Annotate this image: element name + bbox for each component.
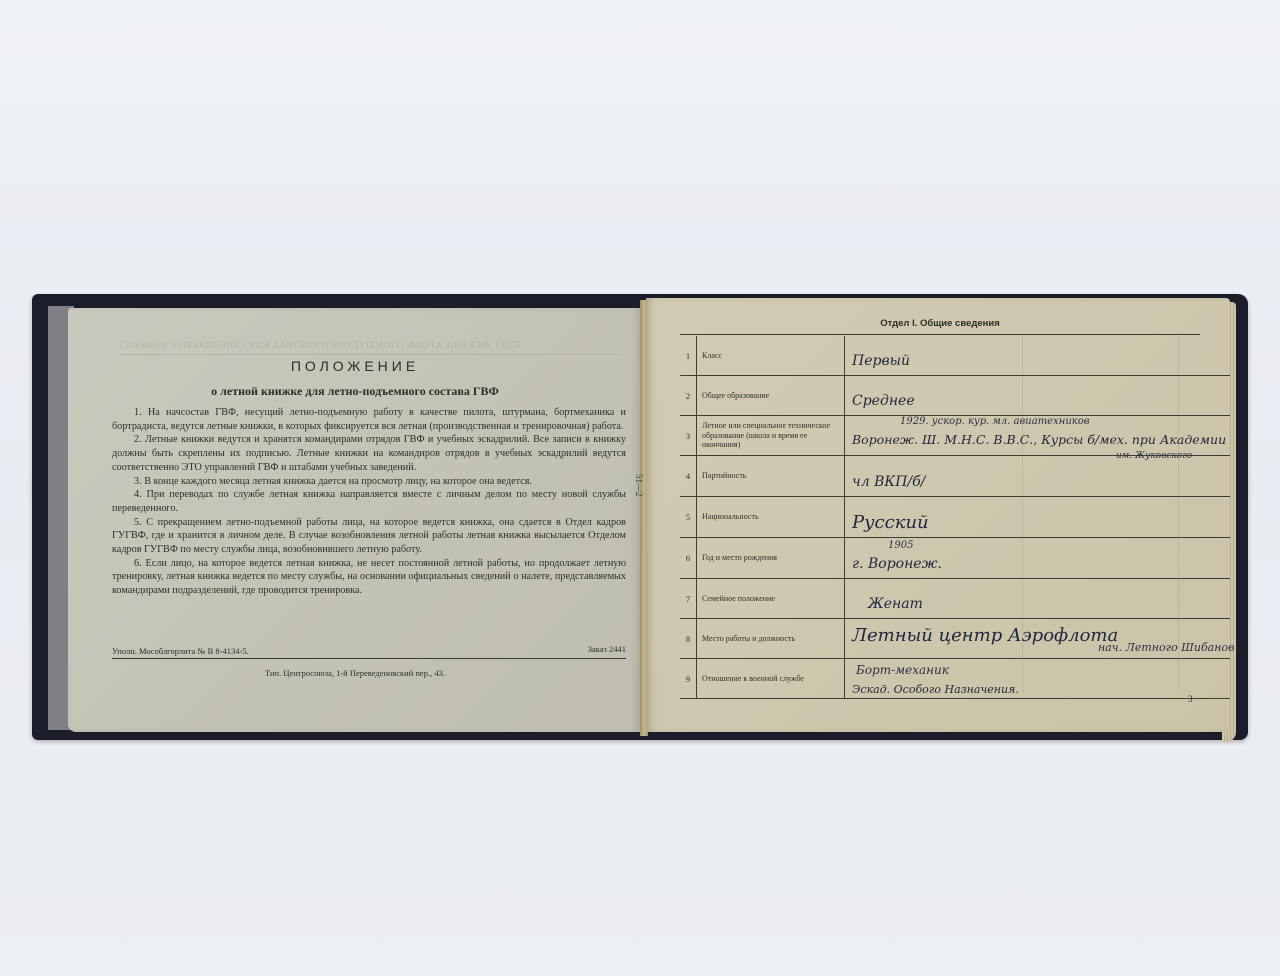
form-row-nationality: 5 Национальность Русский [680, 497, 1230, 538]
row-value: 1929. ускор. кур. мл. авиатехников Ворон… [848, 416, 1208, 455]
form-row-flight-education: 3 Летное или специальное техническое обр… [680, 416, 1230, 456]
regulation-title: ПОЛОЖЕНИЕ [68, 358, 642, 374]
section-title: Отдел I. Общие сведения [680, 318, 1200, 329]
row-label: Общее образование [702, 376, 845, 415]
form-row-class: 1 Класс Первый [680, 336, 1230, 376]
row-label: Партийность [702, 456, 845, 496]
regulation-paragraph-1: 1. На начсостав ГВФ, несущий летно-подъе… [112, 406, 626, 433]
handwritten-value: Летный центр Аэрофлота [852, 625, 1118, 646]
row-number: 9 [680, 659, 697, 698]
row-label: Национальность [702, 497, 845, 537]
row-label: Летное или специальное техническое образ… [702, 416, 845, 455]
row-number: 4 [680, 456, 697, 496]
row-number: 5 [680, 497, 697, 537]
row-label: Место работы и должность [702, 619, 845, 658]
regulation-paragraph-4: 4. При переводах по службе летная книжка… [112, 488, 626, 515]
form-row-marital-status: 7 Семейное положение Женат [680, 579, 1230, 619]
regulation-subtitle: о летной книжке для летно-подъемного сос… [68, 384, 642, 399]
handwritten-signature: нач. Летного Шибанов [1098, 641, 1235, 654]
form-row-general-education: 2 Общее образование Среднее [680, 376, 1230, 416]
handwritten-annotation: 1905 [888, 540, 913, 551]
row-value: чл ВКП/б/ [848, 456, 1208, 496]
row-value: Русский [848, 497, 1208, 537]
regulation-paragraph-2: 2. Летные книжки ведутся и хранятся кома… [112, 433, 626, 474]
imprint-line: Уполн. Мособлгорлита № В 8-4134-5. Заказ… [112, 644, 626, 659]
row-value: Первый [848, 336, 1208, 375]
censor-permit: Уполн. Мособлгорлита № В 8-4134-5. [112, 646, 249, 656]
form-top-rule [680, 334, 1200, 335]
handwritten-value: Русский [852, 512, 929, 533]
open-flight-logbook: ГЛАВНОЕ УПРАВЛЕНИЕ ГРАЖДАНСКОГО ВОЗДУШНО… [0, 0, 1280, 976]
row-label: Отношение к военной службе [702, 659, 845, 698]
general-info-form: 1 Класс Первый 2 Общее образование Средн… [680, 336, 1230, 699]
row-number: 6 [680, 538, 697, 578]
form-row-military-service: 9 Отношение к военной службе Борт-механи… [680, 659, 1230, 699]
row-value: Среднее [848, 376, 1208, 415]
handwritten-value: чл ВКП/б/ [852, 474, 925, 490]
handwritten-value: Эскад. Особого Назначения. [852, 683, 1019, 696]
row-value: Летный центр Аэрофлота нач. Летного Шиба… [848, 619, 1208, 658]
handwritten-value: г. Воронеж. [852, 556, 942, 572]
handwritten-annotation: Борт-механик [856, 663, 949, 677]
bleed-through-header: ГЛАВНОЕ УПРАВЛЕНИЕ ГРАЖДАНСКОГО ВОЗДУШНО… [120, 340, 620, 355]
row-number: 1 [680, 336, 697, 375]
row-value: 1905 г. Воронеж. [848, 538, 1208, 578]
page-number: 3 [1188, 694, 1193, 704]
handwritten-value: Женат [868, 596, 923, 612]
row-value: Борт-механик Эскад. Особого Назначения. [848, 659, 1208, 698]
row-label: Семейное положение [702, 579, 845, 618]
handwritten-value: Воронеж. Ш. М.Н.С. В.В.С., Курсы б/мех. … [852, 432, 1226, 447]
row-value: Женат [848, 579, 1208, 618]
row-number: 3 [680, 416, 697, 455]
row-number: 7 [680, 579, 697, 618]
row-label: Год и место рождения [702, 538, 845, 578]
row-number: 2 [680, 376, 697, 415]
regulation-paragraph-6: 6. Если лицо, на которое ведется летная … [112, 557, 626, 598]
printer-info: Тип. Центросоюза, 1-й Переведеновский пе… [68, 668, 642, 678]
order-number: Заказ 2441 [588, 644, 626, 654]
row-number: 8 [680, 619, 697, 658]
regulation-paragraph-3: 3. В конце каждого месяца летная книжка … [112, 475, 626, 489]
form-row-party: 4 Партийность чл ВКП/б/ [680, 456, 1230, 497]
fold-signature-mark: 51—2 [634, 474, 644, 497]
form-row-workplace: 8 Место работы и должность Летный центр … [680, 619, 1230, 659]
regulation-body: 1. На начсостав ГВФ, несущий летно-подъе… [112, 406, 626, 598]
regulation-paragraph-5: 5. С прекращением летно-подъемной работы… [112, 516, 626, 557]
form-row-birth: 6 Год и место рождения 1905 г. Воронеж. [680, 538, 1230, 579]
row-label: Класс [702, 336, 845, 375]
handwritten-annotation: 1929. ускор. кур. мл. авиатехников [900, 416, 1090, 427]
handwritten-value: Первый [852, 353, 910, 369]
handwritten-value: Среднее [852, 393, 915, 409]
